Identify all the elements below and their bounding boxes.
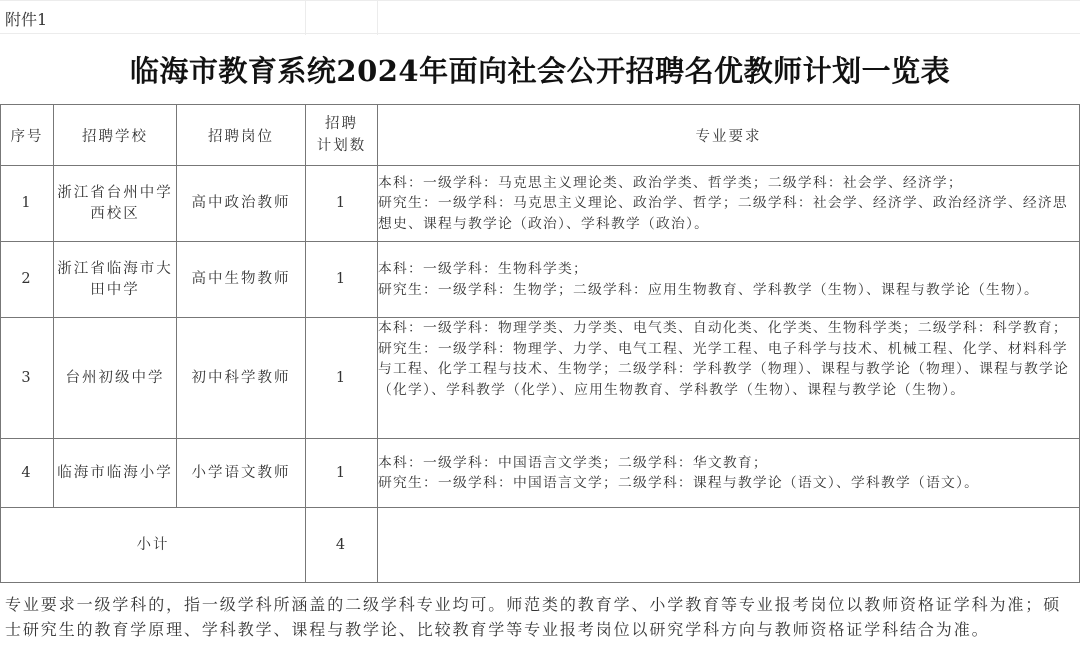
cell-count: 1 xyxy=(306,439,378,508)
page-title: 临海市教育系统2024年面向社会公开招聘名优教师计划一览表 xyxy=(0,34,1080,104)
req-graduate: 研究生：一级学科：物理学、力学、电气工程、光学工程、电子科学与技术、机械工程、化… xyxy=(378,339,1079,401)
cell-count: 1 xyxy=(306,166,378,242)
cell-count: 1 xyxy=(306,318,378,439)
req-undergrad: 本科：一级学科：中国语言文学类；二级学科：华文教育； xyxy=(378,453,1079,474)
cell-requirements: 本科：一级学科：物理学类、力学类、电气类、自动化类、化学类、生物科学类；二级学科… xyxy=(378,318,1080,439)
cell-post: 高中政治教师 xyxy=(177,166,306,242)
cell-school: 浙江省临海市大田中学 xyxy=(54,242,177,318)
cell-index: 2 xyxy=(1,242,54,318)
cell-post: 初中科学教师 xyxy=(177,318,306,439)
req-graduate: 研究生：一级学科：马克思主义理论、政治学、哲学；二级学科：社会学、经济学、政治经… xyxy=(378,193,1079,234)
header-index: 序号 xyxy=(1,105,54,166)
cell-count: 1 xyxy=(306,242,378,318)
cell-requirements: 本科：一级学科：生物科学类； 研究生：一级学科：生物学；二级学科：应用生物教育、… xyxy=(378,242,1080,318)
cell-index: 1 xyxy=(1,166,54,242)
subtotal-label: 小计 xyxy=(1,508,306,583)
req-clip: 本科：一级学科：物理学类、力学类、电气类、自动化类、化学类、生物科学类；二级学科… xyxy=(378,318,1079,438)
cell-post: 高中生物教师 xyxy=(177,242,306,318)
req-graduate: 研究生：一级学科：中国语言文学；二级学科：课程与教学论（语文）、学科教学（语文）… xyxy=(378,473,1079,494)
table-row: 2 浙江省临海市大田中学 高中生物教师 1 本科：一级学科：生物科学类； 研究生… xyxy=(1,242,1080,318)
table-header-row: 序号 招聘学校 招聘岗位 招聘 计划数 专业要求 xyxy=(1,105,1080,166)
header-count: 招聘 计划数 xyxy=(306,105,378,166)
cell-requirements: 本科：一级学科：马克思主义理论类、政治学类、哲学类；二级学科：社会学、经济学； … xyxy=(378,166,1080,242)
attachment-label: 附件1 xyxy=(5,7,47,30)
table-row: 4 临海市临海小学 小学语文教师 1 本科：一级学科：中国语言文学类；二级学科：… xyxy=(1,439,1080,508)
req-undergrad: 本科：一级学科：生物科学类； xyxy=(378,259,1079,280)
cell-school: 浙江省台州中学西校区 xyxy=(54,166,177,242)
req-undergrad: 本科：一级学科：马克思主义理论类、政治学类、哲学类；二级学科：社会学、经济学； xyxy=(378,173,1079,194)
subtotal-count: 4 xyxy=(306,508,378,583)
req-graduate: 研究生：一级学科：生物学；二级学科：应用生物教育、学科教学（生物）、课程与教学论… xyxy=(378,280,1079,301)
cell-index: 4 xyxy=(1,439,54,508)
header-post: 招聘岗位 xyxy=(177,105,306,166)
header-school: 招聘学校 xyxy=(54,105,177,166)
req-undergrad: 本科：一级学科：物理学类、力学类、电气类、自动化类、化学类、生物科学类；二级学科… xyxy=(378,318,1079,339)
grid-line xyxy=(305,1,306,35)
table-row: 3 台州初级中学 初中科学教师 1 本科：一级学科：物理学类、力学类、电气类、自… xyxy=(1,318,1080,439)
document-sheet: 附件1 临海市教育系统2024年面向社会公开招聘名优教师计划一览表 序号 招聘学… xyxy=(0,0,1080,671)
header-requirements: 专业要求 xyxy=(378,105,1080,166)
recruitment-plan-table: 序号 招聘学校 招聘岗位 招聘 计划数 专业要求 1 浙江省台州中学西校区 高中… xyxy=(0,104,1080,583)
cell-requirements: 本科：一级学科：中国语言文学类；二级学科：华文教育； 研究生：一级学科：中国语言… xyxy=(378,439,1080,508)
subtotal-row: 小计 4 xyxy=(1,508,1080,583)
cell-index: 3 xyxy=(1,318,54,439)
cell-school: 台州初级中学 xyxy=(54,318,177,439)
grid-line xyxy=(377,1,378,35)
header-count-line1: 招聘 xyxy=(325,116,358,132)
table-row: 1 浙江省台州中学西校区 高中政治教师 1 本科：一级学科：马克思主义理论类、政… xyxy=(1,166,1080,242)
attachment-row: 附件1 xyxy=(0,0,1080,34)
footnote: 专业要求一级学科的，指一级学科所涵盖的二级学科专业均可。师范类的教育学、小学教育… xyxy=(5,592,1077,642)
cell-school: 临海市临海小学 xyxy=(54,439,177,508)
header-count-line2: 计划数 xyxy=(317,138,367,154)
subtotal-empty-cell xyxy=(378,508,1080,583)
cell-post: 小学语文教师 xyxy=(177,439,306,508)
